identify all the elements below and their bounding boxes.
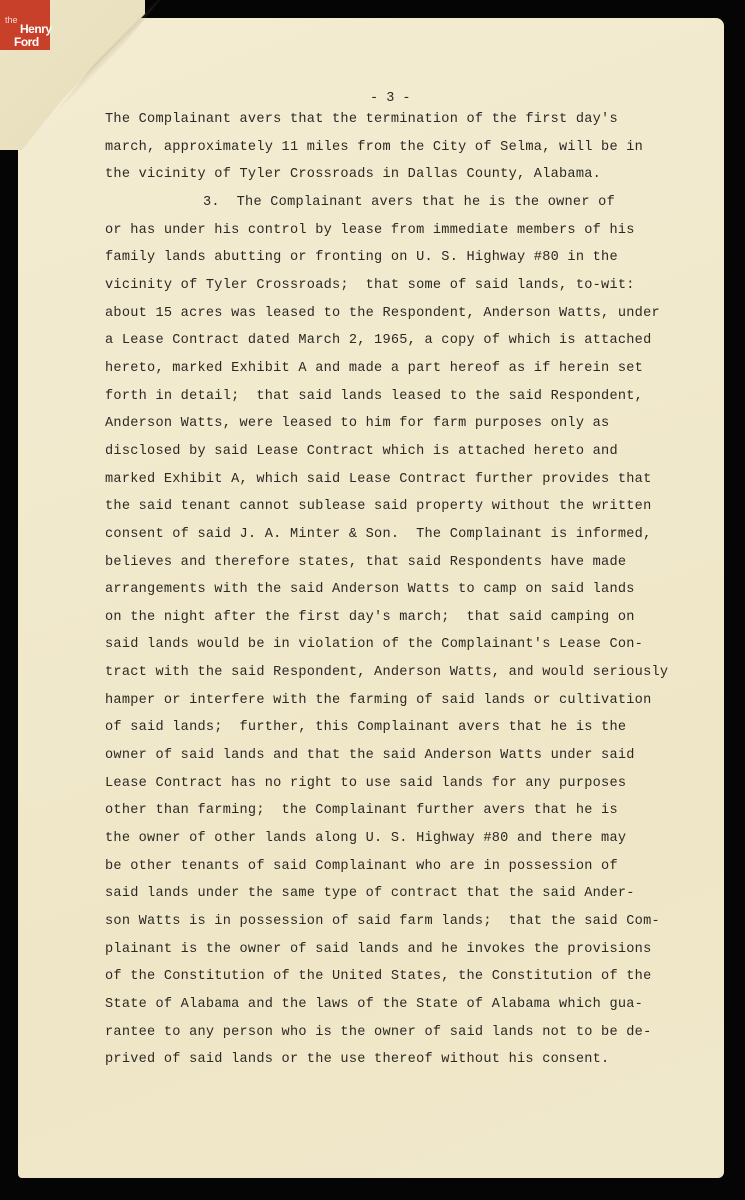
text-line: family lands abutting or fronting on U. … — [105, 244, 685, 272]
text-line: hamper or interfere with the farming of … — [105, 687, 685, 715]
text-line: arrangements with the said Anderson Watt… — [105, 576, 685, 604]
text-line: march, approximately 11 miles from the C… — [105, 134, 685, 162]
logo-henry: Henry — [20, 23, 52, 35]
page-number: - 3 - — [370, 91, 411, 106]
text-line: the owner of other lands along U. S. Hig… — [105, 825, 685, 853]
text-line: be other tenants of said Complainant who… — [105, 853, 685, 881]
text-line: other than farming; the Complainant furt… — [105, 797, 685, 825]
text-line: the said tenant cannot sublease said pro… — [105, 493, 685, 521]
text-line: Lease Contract has no right to use said … — [105, 770, 685, 798]
text-line: a Lease Contract dated March 2, 1965, a … — [105, 327, 685, 355]
text-line: The Complainant avers that the terminati… — [105, 106, 685, 134]
text-line: prived of said lands or the use thereof … — [105, 1046, 685, 1074]
text-line: tract with the said Respondent, Anderson… — [105, 659, 685, 687]
text-line: consent of said J. A. Minter & Son. The … — [105, 521, 685, 549]
text-line: owner of said lands and that the said An… — [105, 742, 685, 770]
text-line: forth in detail; that said lands leased … — [105, 383, 685, 411]
henry-ford-logo: the Henry Ford — [0, 0, 50, 50]
text-line: believes and therefore states, that said… — [105, 549, 685, 577]
text-line: on the night after the first day's march… — [105, 604, 685, 632]
text-line: said lands under the same type of contra… — [105, 880, 685, 908]
text-line: of the Constitution of the United States… — [105, 963, 685, 991]
text-line: Anderson Watts, were leased to him for f… — [105, 410, 685, 438]
logo-the: the — [5, 16, 18, 25]
text-line: or has under his control by lease from i… — [105, 217, 685, 245]
text-line: disclosed by said Lease Contract which i… — [105, 438, 685, 466]
text-line: about 15 acres was leased to the Respond… — [105, 300, 685, 328]
text-line: vicinity of Tyler Crossroads; that some … — [105, 272, 685, 300]
text-line: rantee to any person who is the owner of… — [105, 1019, 685, 1047]
paragraph-3-start: 3. The Complainant avers that he is the … — [105, 189, 685, 217]
text-line: State of Alabama and the laws of the Sta… — [105, 991, 685, 1019]
text-line: the vicinity of Tyler Crossroads in Dall… — [105, 161, 685, 189]
text-line: plainant is the owner of said lands and … — [105, 936, 685, 964]
text-line: hereto, marked Exhibit A and made a part… — [105, 355, 685, 383]
text-line: said lands would be in violation of the … — [105, 631, 685, 659]
text-line: of said lands; further, this Complainant… — [105, 714, 685, 742]
logo-ford: Ford — [14, 36, 39, 48]
text-line: son Watts is in possession of said farm … — [105, 908, 685, 936]
text-line: marked Exhibit A, which said Lease Contr… — [105, 466, 685, 494]
document-body: The Complainant avers that the terminati… — [105, 106, 685, 1074]
